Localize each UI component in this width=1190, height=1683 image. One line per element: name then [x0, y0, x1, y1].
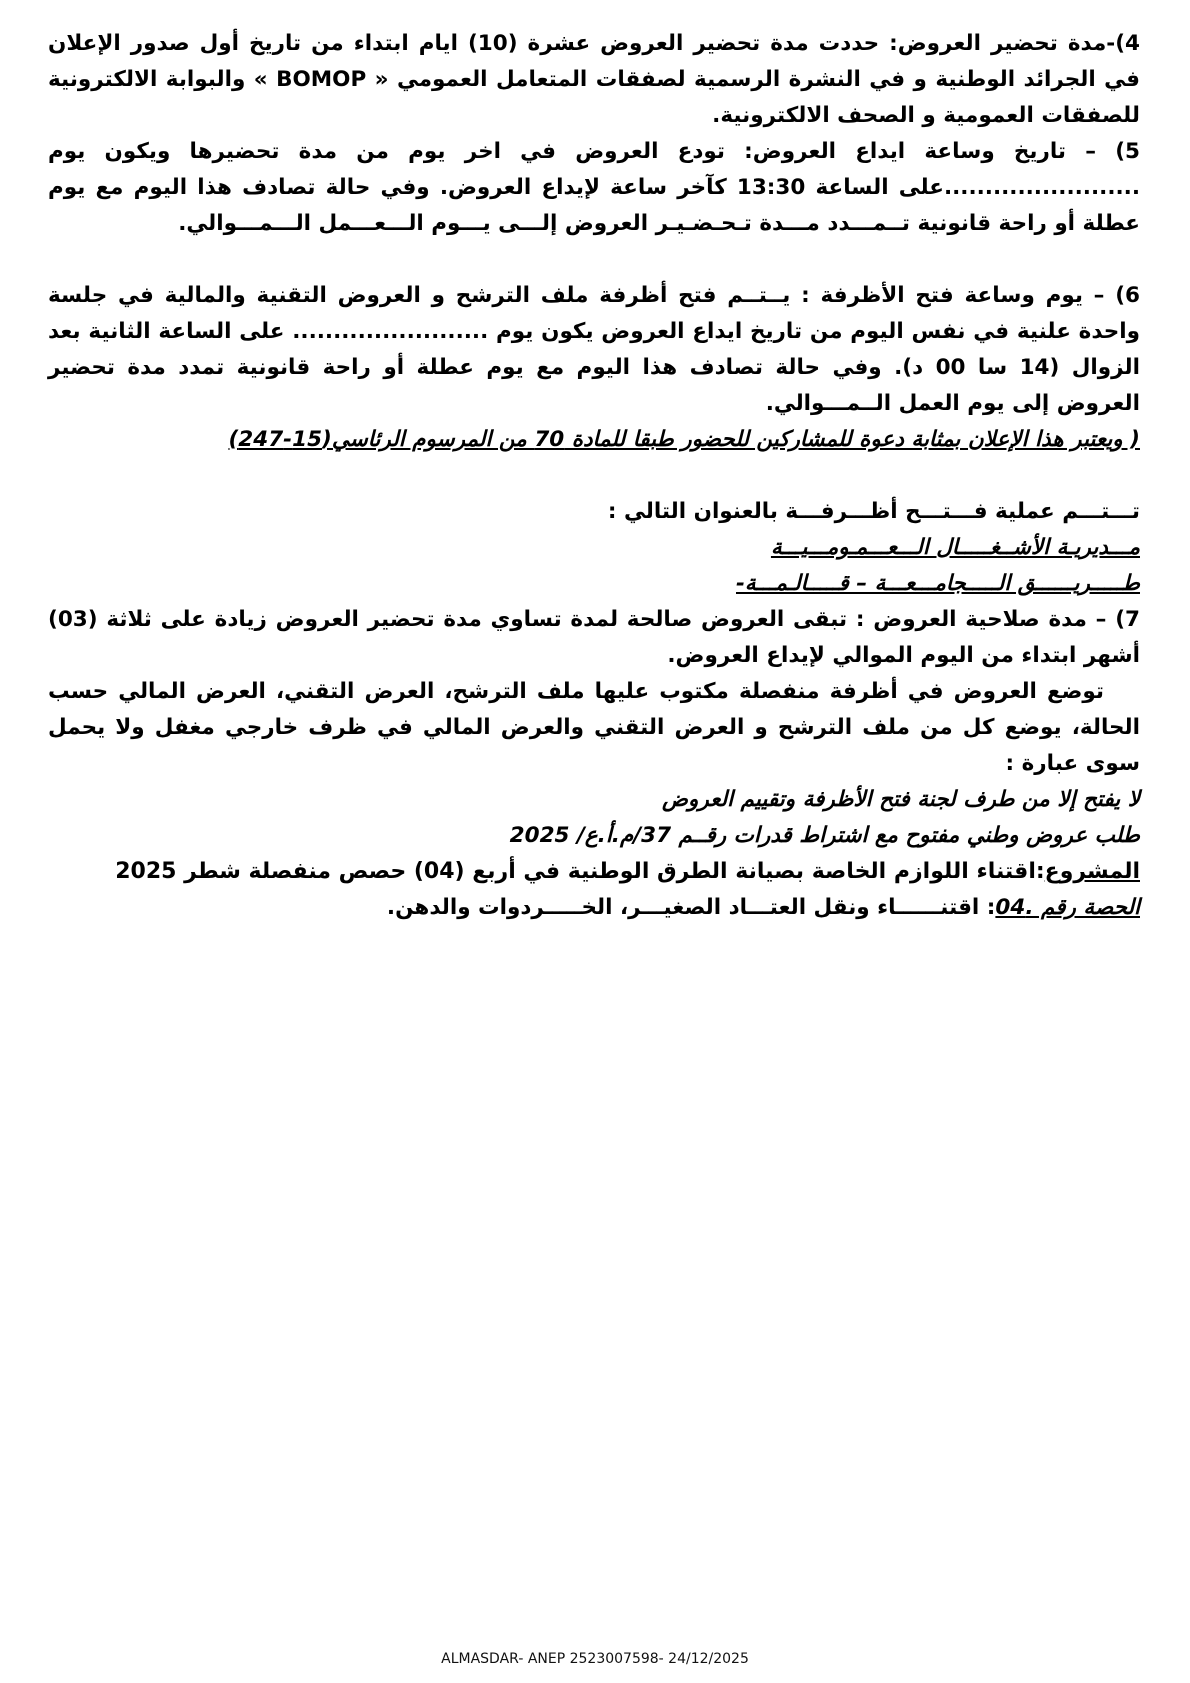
envelopes-instructions: توضع العروض في أظرفة منفصلة مكتوب عليها …	[48, 674, 1140, 782]
address-line-street: طـــــريــــــق الـــــجامـــعـــة – قــ…	[48, 566, 1140, 602]
envelope-label-line-2: طلب عروض وطني مفتوح مع اشتراط قدرات رقــ…	[48, 818, 1140, 854]
opening-address-intro: تـــتـــم عملية فـــتـــح أظـــرفـــة با…	[48, 494, 1140, 530]
spacer	[48, 242, 1140, 278]
section-7-validity-period: 7) – مدة صلاحية العروض : تبقى العروض صال…	[48, 602, 1140, 674]
address-line-directorate: مـــديريـة الأشــغـــــال الـــعـــمـومـ…	[48, 530, 1140, 566]
envelope-label-line-1: لا يفتح إلا من طرف لجنة فتح الأظرفة وتقي…	[48, 782, 1140, 818]
lot-label: الحصة رقم .04	[995, 895, 1140, 920]
invitation-notice: ( ويعتبر هذا الإعلان بمثابة دعوة للمشارك…	[48, 422, 1140, 458]
lot-text: : اقتنــــــاء ونقل العتـــاد الصغيـــر،…	[387, 895, 995, 920]
document-page: 4)-مدة تحضير العروض: حددت مدة تحضير العر…	[48, 26, 1140, 926]
project-label: المشروع	[1045, 859, 1140, 884]
section-5-submission-date: 5) – تاريخ وساعة ايداع العروض: تودع العر…	[48, 134, 1140, 242]
project-text: :اقتناء اللوازم الخاصة بصيانة الطرق الوط…	[115, 859, 1044, 884]
lot-description: الحصة رقم .04: اقتنــــــاء ونقل العتـــ…	[48, 890, 1140, 926]
footer-reference: ALMASDAR- ANEP 2523007598- 24/12/2025	[0, 1651, 1190, 1667]
project-description: المشروع:اقتناء اللوازم الخاصة بصيانة الط…	[48, 854, 1140, 890]
section-4-preparation-period: 4)-مدة تحضير العروض: حددت مدة تحضير العر…	[48, 26, 1140, 134]
section-6-opening-date: 6) – يوم وساعة فتح الأظرفة : يــتــم فتح…	[48, 278, 1140, 422]
spacer	[48, 458, 1140, 494]
